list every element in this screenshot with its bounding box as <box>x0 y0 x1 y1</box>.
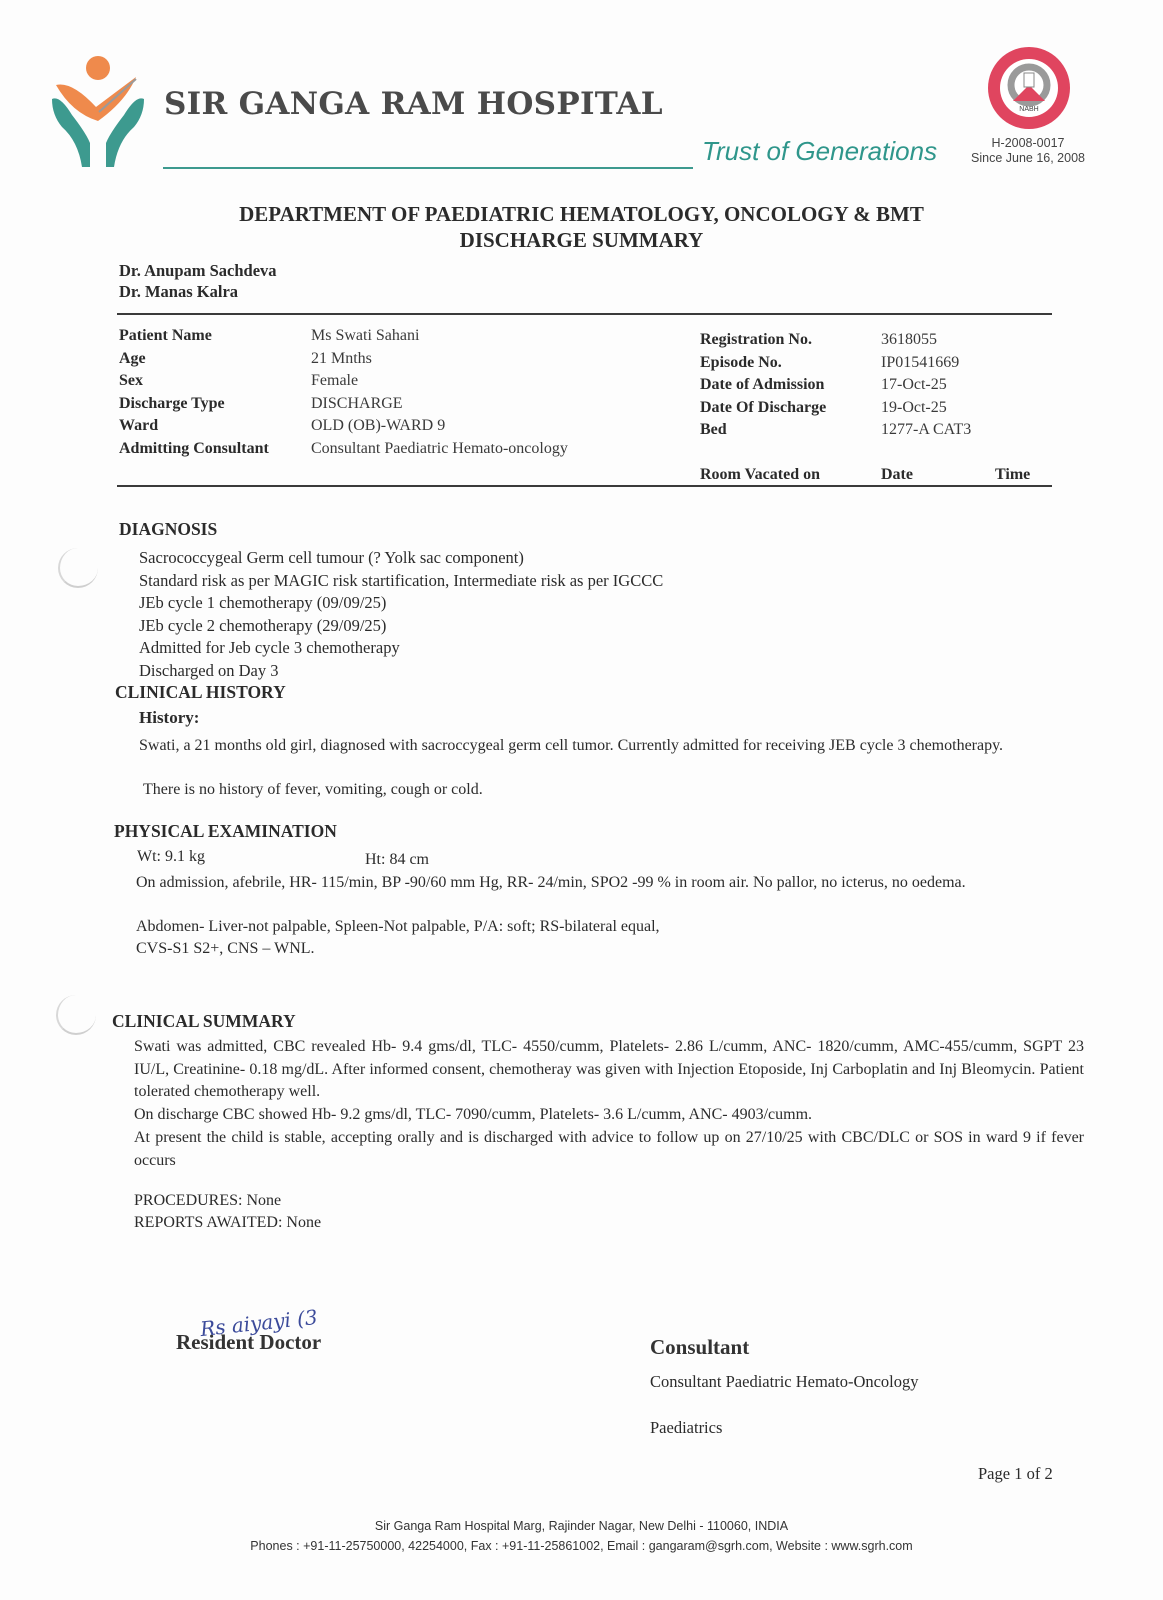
department-title: DEPARTMENT OF PAEDIATRIC HEMATOLOGY, ONC… <box>0 202 1163 227</box>
info-value: OLD (OB)-WARD 9 <box>311 417 445 440</box>
footer-address: Sir Ganga Ram Hospital Marg, Rajinder Na… <box>0 1519 1163 1533</box>
hospital-logo-icon <box>52 55 148 169</box>
footer-contact: Phones : +91-11-25750000, 42254000, Fax … <box>0 1539 1163 1553</box>
info-label: Admitting Consultant <box>119 440 311 463</box>
info-value: 19-Oct-25 <box>881 399 947 422</box>
svg-text:NABH: NABH <box>1019 106 1038 113</box>
info-row-episode: Episode No. IP01541669 <box>700 354 971 377</box>
nabh-accreditation-badge-icon: NABH <box>986 45 1072 131</box>
info-label: Registration No. <box>700 331 881 354</box>
diagnosis-heading: DIAGNOSIS <box>119 519 217 540</box>
info-value: Ms Swati Sahani <box>311 327 419 350</box>
abdomen-exam: Abdomen- Liver-not palpable, Spleen-Not … <box>136 916 1086 939</box>
info-value: Female <box>311 372 358 395</box>
info-value: DISCHARGE <box>311 395 403 418</box>
info-value: 21 Mnths <box>311 350 372 373</box>
header-rule <box>163 167 693 169</box>
consultant-label: Consultant <box>650 1335 749 1360</box>
info-row-sex: Sex Female <box>119 372 568 395</box>
hospital-tagline: Trust of Generations <box>702 136 937 167</box>
page-number: Page 1 of 2 <box>978 1464 1053 1484</box>
admission-vitals: On admission, afebrile, HR- 115/min, BP … <box>136 872 1086 895</box>
history-subheading: History: <box>139 708 199 728</box>
room-vacated-date-label: Date <box>881 466 995 484</box>
info-label: Discharge Type <box>119 395 311 418</box>
punch-hole <box>56 995 96 1035</box>
divider-patient-info <box>117 485 1052 487</box>
patient-info-right: Registration No. 3618055 Episode No. IP0… <box>700 331 971 444</box>
divider-top <box>117 313 1052 315</box>
info-label: Episode No. <box>700 354 881 377</box>
doctor-list: Dr. Anupam Sachdeva Dr. Manas Kalra <box>119 260 277 302</box>
accreditation-info: H-2008-0017 Since June 16, 2008 <box>948 136 1108 166</box>
patient-info-left: Patient Name Ms Swati Sahani Age 21 Mnth… <box>119 327 568 462</box>
info-label: Date of Admission <box>700 376 881 399</box>
accreditation-code: H-2008-0017 <box>948 136 1108 151</box>
history-negatives: There is no history of fever, vomiting, … <box>143 779 1043 802</box>
info-label: Sex <box>119 372 311 395</box>
info-row-ward: Ward OLD (OB)-WARD 9 <box>119 417 568 440</box>
room-vacated-row: Room Vacated on Date Time <box>700 466 1030 484</box>
reports-awaited: REPORTS AWAITED: None <box>134 1212 534 1235</box>
consultant-title: Consultant Paediatric Hemato-Oncology <box>650 1372 919 1392</box>
doctor-name: Dr. Manas Kalra <box>119 281 277 302</box>
diagnosis-item: JEb cycle 1 chemotherapy (09/09/25) <box>139 592 663 615</box>
follow-up-advice: At present the child is stable, acceptin… <box>134 1127 1084 1172</box>
doctor-name: Dr. Anupam Sachdeva <box>119 260 277 281</box>
diagnosis-item: Admitted for Jeb cycle 3 chemotherapy <box>139 637 663 660</box>
info-value: IP01541669 <box>881 354 959 377</box>
info-value: Consultant Paediatric Hemato-oncology <box>311 440 568 463</box>
info-value: 3618055 <box>881 331 937 354</box>
discharge-cbc: On discharge CBC showed Hb- 9.2 gms/dl, … <box>134 1104 1084 1127</box>
diagnosis-item: Discharged on Day 3 <box>139 660 663 683</box>
document-title: DISCHARGE SUMMARY <box>0 228 1163 253</box>
info-row-bed: Bed 1277-A CAT3 <box>700 421 971 444</box>
cvs-cns-exam: CVS-S1 S2+, CNS – WNL. <box>136 938 1086 961</box>
info-row-age: Age 21 Mnths <box>119 350 568 373</box>
consultant-department: Paediatrics <box>650 1418 722 1438</box>
info-label: Ward <box>119 417 311 440</box>
diagnosis-item: Sacrococcygeal Germ cell tumour (? Yolk … <box>139 547 663 570</box>
hospital-name: SIR GANGA RAM HOSPITAL <box>164 86 663 122</box>
height-value: Ht: 84 cm <box>365 849 429 872</box>
diagnosis-item: Standard risk as per MAGIC risk startifi… <box>139 570 663 593</box>
info-row-patient-name: Patient Name Ms Swati Sahani <box>119 327 568 350</box>
info-row-admitting-consultant: Admitting Consultant Consultant Paediatr… <box>119 440 568 463</box>
info-value: 1277-A CAT3 <box>881 421 971 444</box>
accreditation-since: Since June 16, 2008 <box>948 151 1108 166</box>
discharge-summary-page: SIR GANGA RAM HOSPITAL Trust of Generati… <box>0 0 1163 1600</box>
diagnosis-list: Sacrococcygeal Germ cell tumour (? Yolk … <box>139 547 663 682</box>
physical-exam-heading: PHYSICAL EXAMINATION <box>114 821 337 842</box>
weight-value: Wt: 9.1 kg <box>137 846 205 869</box>
history-text: Swati, a 21 months old girl, diagnosed w… <box>139 735 1059 758</box>
diagnosis-item: JEb cycle 2 chemotherapy (29/09/25) <box>139 615 663 638</box>
admission-summary: Swati was admitted, CBC revealed Hb- 9.4… <box>134 1036 1084 1104</box>
info-value: 17-Oct-25 <box>881 376 947 399</box>
info-row-discharge-date: Date Of Discharge 19-Oct-25 <box>700 399 971 422</box>
clinical-history-heading: CLINICAL HISTORY <box>115 682 286 703</box>
info-label: Patient Name <box>119 327 311 350</box>
info-row-registration: Registration No. 3618055 <box>700 331 971 354</box>
info-label: Bed <box>700 421 881 444</box>
info-row-admission-date: Date of Admission 17-Oct-25 <box>700 376 971 399</box>
punch-hole <box>58 548 98 588</box>
procedures: PROCEDURES: None <box>134 1190 534 1213</box>
info-label: Age <box>119 350 311 373</box>
info-row-discharge-type: Discharge Type DISCHARGE <box>119 395 568 418</box>
info-label: Date Of Discharge <box>700 399 881 422</box>
room-vacated-label: Room Vacated on <box>700 466 881 484</box>
room-vacated-time-label: Time <box>995 466 1030 484</box>
clinical-summary-heading: CLINICAL SUMMARY <box>112 1011 296 1032</box>
